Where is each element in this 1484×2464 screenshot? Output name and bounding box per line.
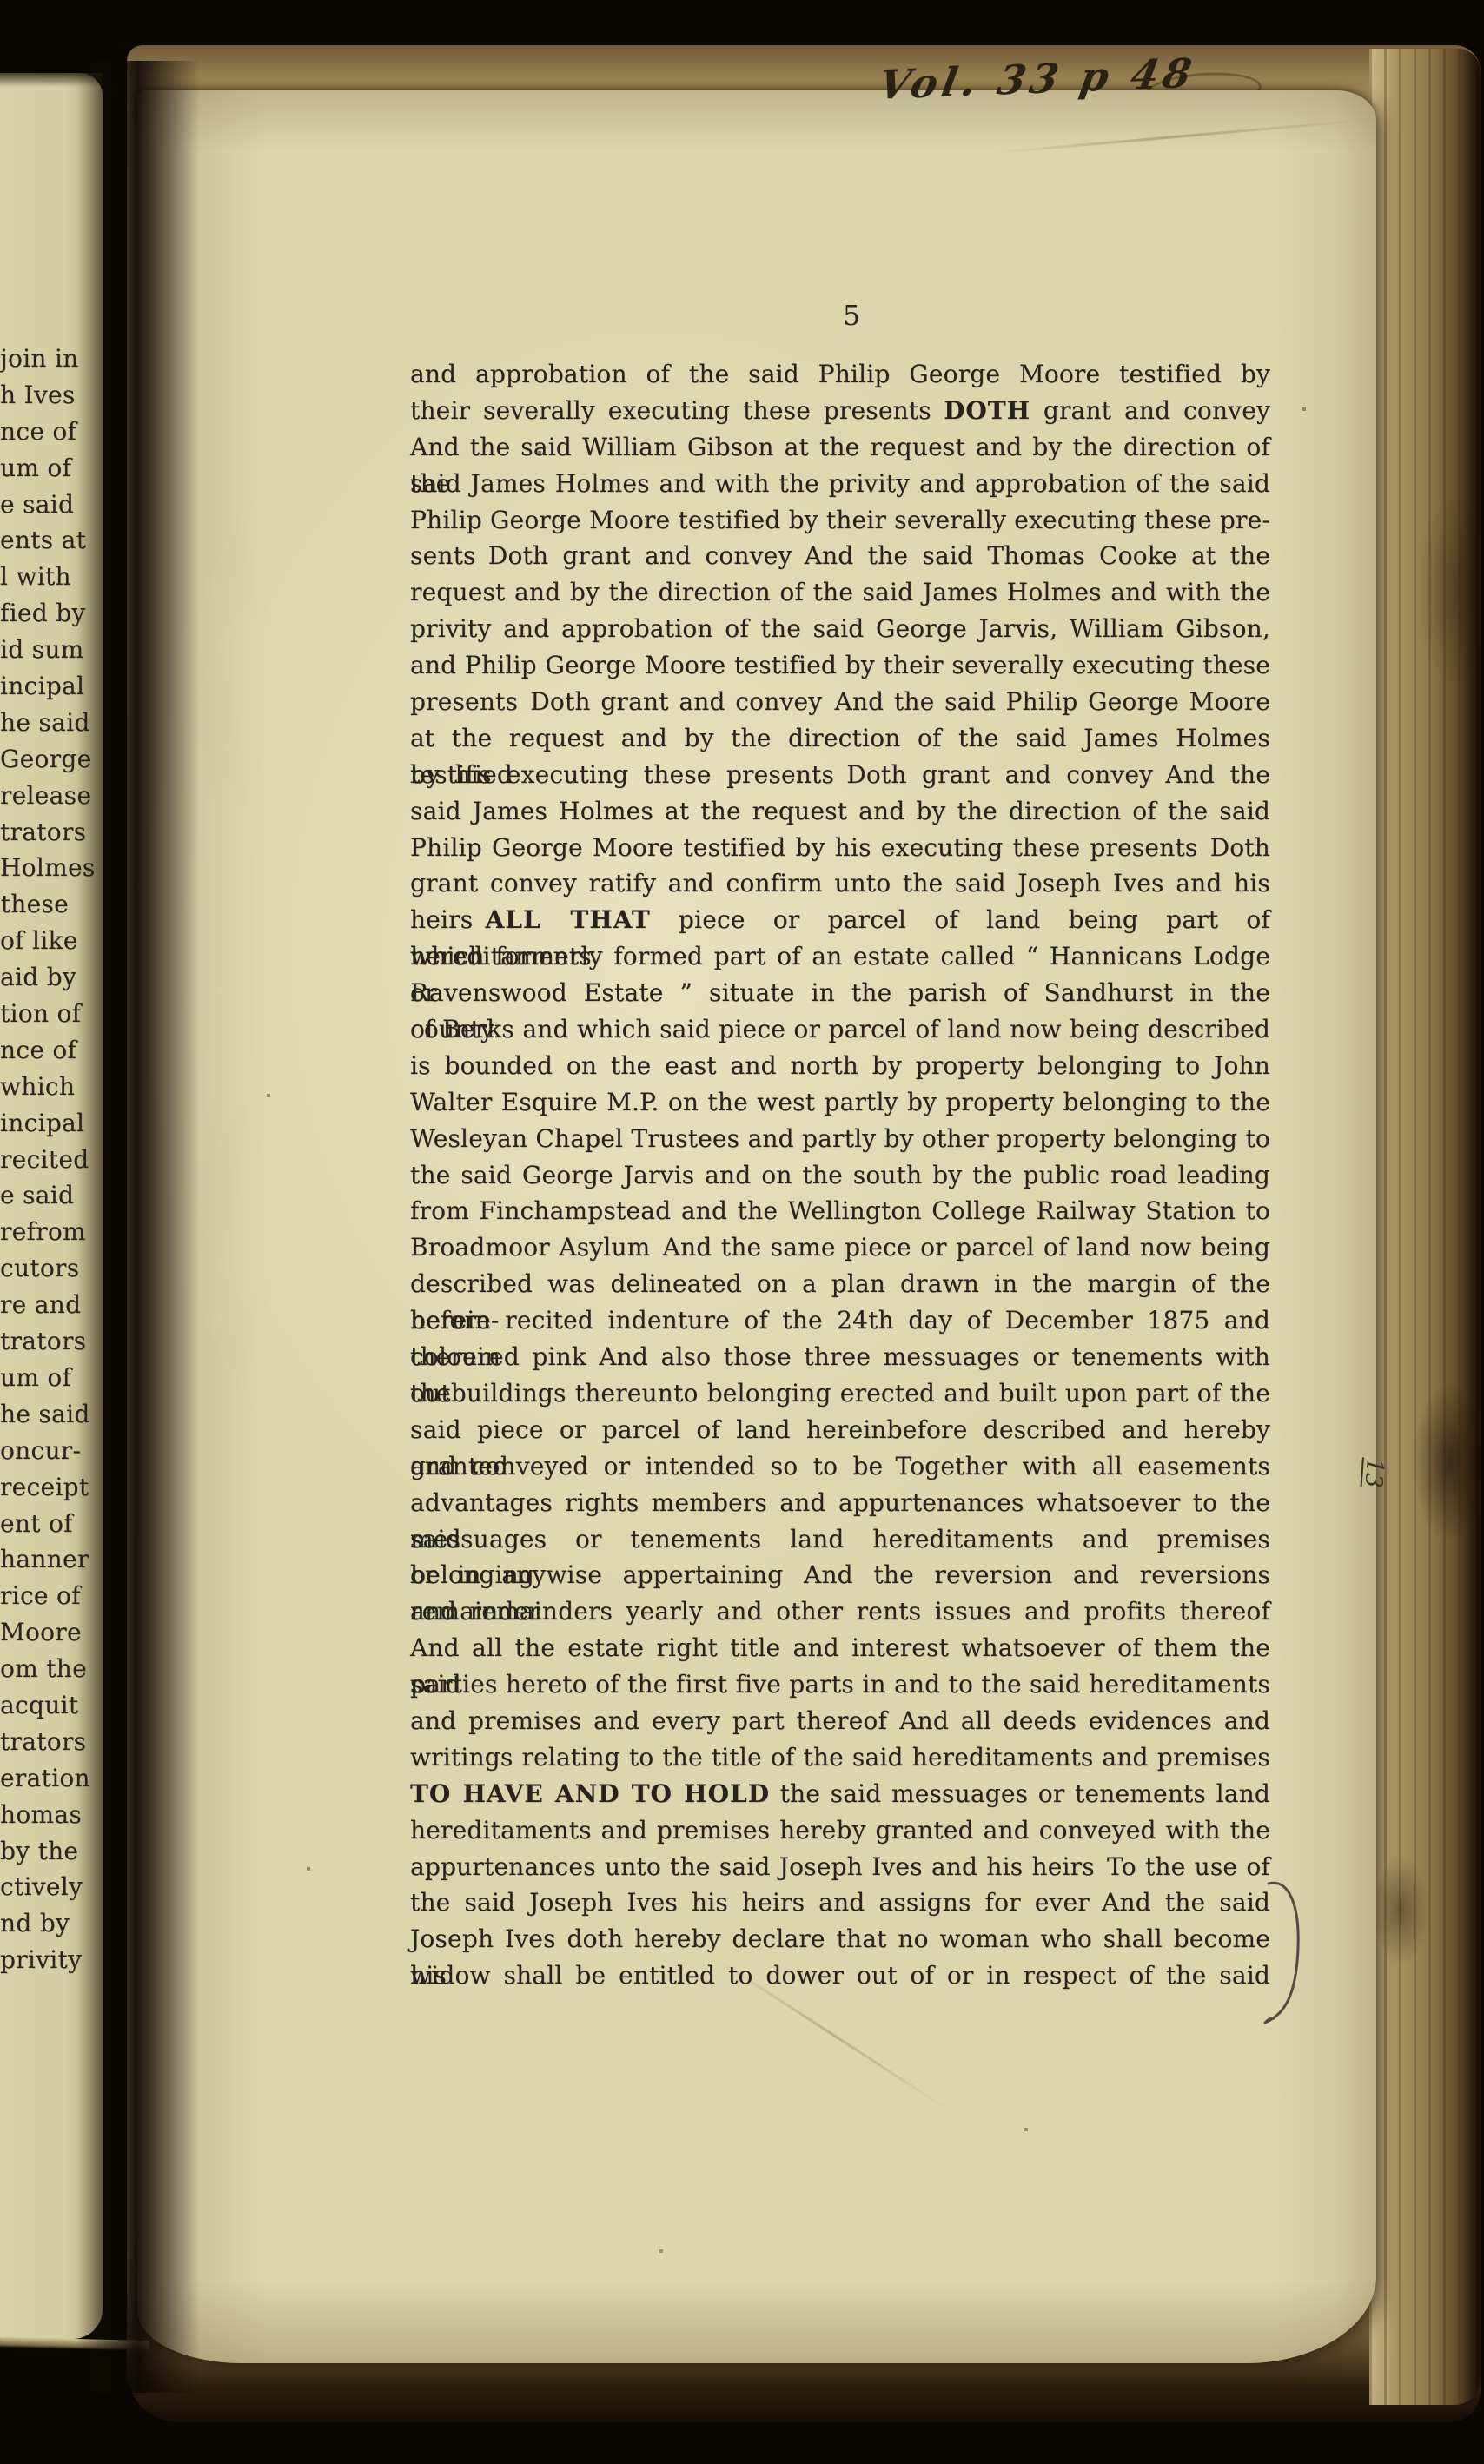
text-line: before recited indenture of the 24th day… (410, 1302, 1270, 1339)
facing-line-fragment: of like (0, 923, 69, 959)
text-line: request and by the direction of the said… (410, 574, 1270, 611)
text-line: is bounded on the east and north by prop… (410, 1048, 1270, 1084)
text-line: Wesleyan Chapel Trustees and partly by o… (410, 1121, 1270, 1157)
facing-line-fragment: these (0, 886, 69, 923)
text-line: from Finchampstead and the Wellington Co… (410, 1193, 1270, 1229)
facing-line-fragment: nce of (0, 414, 69, 450)
facing-line-fragment: fied by (0, 595, 69, 632)
facing-line-fragment: om the (0, 1651, 69, 1687)
text-line: described was delineated on a plan drawn… (410, 1266, 1270, 1302)
facing-line-fragment: incipal (0, 1105, 69, 1142)
text-line: parties hereto of the first five parts i… (410, 1666, 1270, 1703)
text-line: the said Joseph Ives his heirs and assig… (410, 1884, 1270, 1921)
facing-line-fragment: which (0, 1069, 69, 1105)
fore-edge-streaks (1369, 49, 1481, 2405)
text-line: And all the estate right title and inter… (410, 1630, 1270, 1666)
facing-line-fragment: homas (0, 1797, 69, 1833)
facing-line-fragment: ents at (0, 522, 69, 559)
facing-line-fragment: ctively (0, 1869, 69, 1905)
text-line: and conveyed or intended so to be Togeth… (410, 1448, 1270, 1485)
facing-line-fragment: trators (0, 814, 69, 851)
text-line: TO HAVE AND TO HOLD the said messuages o… (410, 1776, 1270, 1812)
text-line: widow shall be entitled to dower out of … (410, 1957, 1270, 1994)
text-line: and approbation of the said Philip Georg… (410, 356, 1270, 393)
text-line: Philip George Moore testified by his exe… (410, 830, 1270, 866)
text-line: at the request and by the direction of t… (410, 720, 1270, 757)
text-line: sents Doth grant and convey And the said… (410, 538, 1270, 574)
facing-line-fragment: oncur- (0, 1433, 69, 1469)
text-line: said piece or parcel of land hereinbefor… (410, 1412, 1270, 1448)
text-line: hereditaments and premises hereby grante… (410, 1812, 1270, 1849)
text-line: writings relating to the title of the sa… (410, 1739, 1270, 1776)
text-line: and Philip George Moore testified by the… (410, 647, 1270, 684)
facing-line-fragment: eration (0, 1760, 69, 1797)
text-line: said James Holmes at the request and by … (410, 793, 1270, 830)
facing-line-fragment: h Ives (0, 377, 69, 414)
facing-line-fragment: cutors (0, 1250, 69, 1287)
text-line: or in anywise appertaining And the rever… (410, 1557, 1270, 1593)
facing-line-fragment: Holmes (0, 850, 69, 886)
book-scan: Vol. 33 p 48 join inh Ivesnce ofum ofe s… (0, 0, 1484, 2464)
book-gutter-shadow (76, 61, 200, 2393)
facing-line-fragment: tion of (0, 996, 69, 1032)
text-line: of Berks and which said piece or parcel … (410, 1011, 1270, 1048)
text-line: appurtenances unto the said Joseph Ives … (410, 1849, 1270, 1885)
facing-page-fragments: join inh Ivesnce ofum ofe saidents atl w… (0, 341, 69, 1978)
facing-line-fragment: trators (0, 1724, 69, 1760)
text-line: coloured pink And also those three messu… (410, 1339, 1270, 1375)
text-line: And the said William Gibson at the reque… (410, 429, 1270, 466)
facing-line-fragment: l with (0, 559, 69, 595)
facing-line-fragment: aid by (0, 959, 69, 996)
facing-line-fragment: he said (0, 1396, 69, 1433)
facing-line-fragment: acquit (0, 1687, 69, 1724)
text-line: and remainders yearly and other rents is… (410, 1593, 1270, 1630)
text-line: messuages or tenements land hereditament… (410, 1521, 1270, 1558)
facing-line-fragment: rice of (0, 1578, 69, 1614)
facing-line-fragment: George (0, 741, 69, 778)
ink-bracket-annotation (1260, 1877, 1308, 2030)
fore-edge-number-mark: 13 (1360, 1457, 1388, 1488)
text-line: grant convey ratify and confirm unto the… (410, 865, 1270, 902)
facing-line-fragment: refrom (0, 1214, 69, 1250)
text-line: Ravenswood Estate ” situate in the paris… (410, 975, 1270, 1011)
page-number: 5 (817, 299, 886, 332)
text-line: advantages rights members and appurtenan… (410, 1485, 1270, 1521)
text-line: outbuildings thereunto belonging erected… (410, 1375, 1270, 1412)
text-line: which formerly formed part of an estate … (410, 938, 1270, 975)
facing-line-fragment: um of (0, 1360, 69, 1396)
text-line: and premises and every part thereof And … (410, 1703, 1270, 1739)
facing-line-fragment: hanner (0, 1541, 69, 1578)
text-line: privity and approbation of the said Geor… (410, 611, 1270, 647)
text-line: by his executing these presents Doth gra… (410, 757, 1270, 793)
facing-line-fragment: join in (0, 341, 69, 377)
facing-line-fragment: id sum (0, 632, 69, 668)
deed-text-block: and approbation of the said Philip Georg… (410, 356, 1270, 1994)
facing-line-fragment: recited (0, 1142, 69, 1178)
text-line: the said George Jarvis and on the south … (410, 1157, 1270, 1194)
text-line: Joseph Ives doth hereby declare that no … (410, 1921, 1270, 1957)
text-line: said James Holmes and with the privity a… (410, 466, 1270, 502)
facing-line-fragment: incipal (0, 668, 69, 705)
facing-line-fragment: Moore (0, 1614, 69, 1651)
text-line: Broadmoor Asylum And the same piece or p… (410, 1229, 1270, 1266)
facing-line-fragment: by the (0, 1833, 69, 1870)
paper-crease (990, 119, 1362, 154)
facing-line-fragment: um of (0, 450, 69, 487)
facing-line-fragment: ent of (0, 1506, 69, 1542)
facing-line-fragment: release (0, 778, 69, 814)
facing-line-fragment: nd by (0, 1905, 69, 1942)
facing-line-fragment: privity (0, 1942, 69, 1978)
facing-line-fragment: trators (0, 1323, 69, 1360)
facing-line-fragment: e said (0, 487, 69, 523)
facing-line-fragment: he said (0, 705, 69, 741)
text-line: their severally executing these presents… (410, 393, 1270, 429)
facing-line-fragment: nce of (0, 1032, 69, 1069)
text-line: Walter Esquire M.P. on the west partly b… (410, 1084, 1270, 1121)
facing-line-fragment: re and (0, 1287, 69, 1323)
text-line: heirs ALL THAT piece or parcel of land b… (410, 902, 1270, 938)
document-page: 5 and approbation of the said Philip Geo… (137, 90, 1376, 2363)
text-line: presents Doth grant and convey And the s… (410, 684, 1270, 720)
text-line: Philip George Moore testified by their s… (410, 502, 1270, 539)
facing-line-fragment: e said (0, 1177, 69, 1214)
facing-line-fragment: receipt (0, 1469, 69, 1506)
